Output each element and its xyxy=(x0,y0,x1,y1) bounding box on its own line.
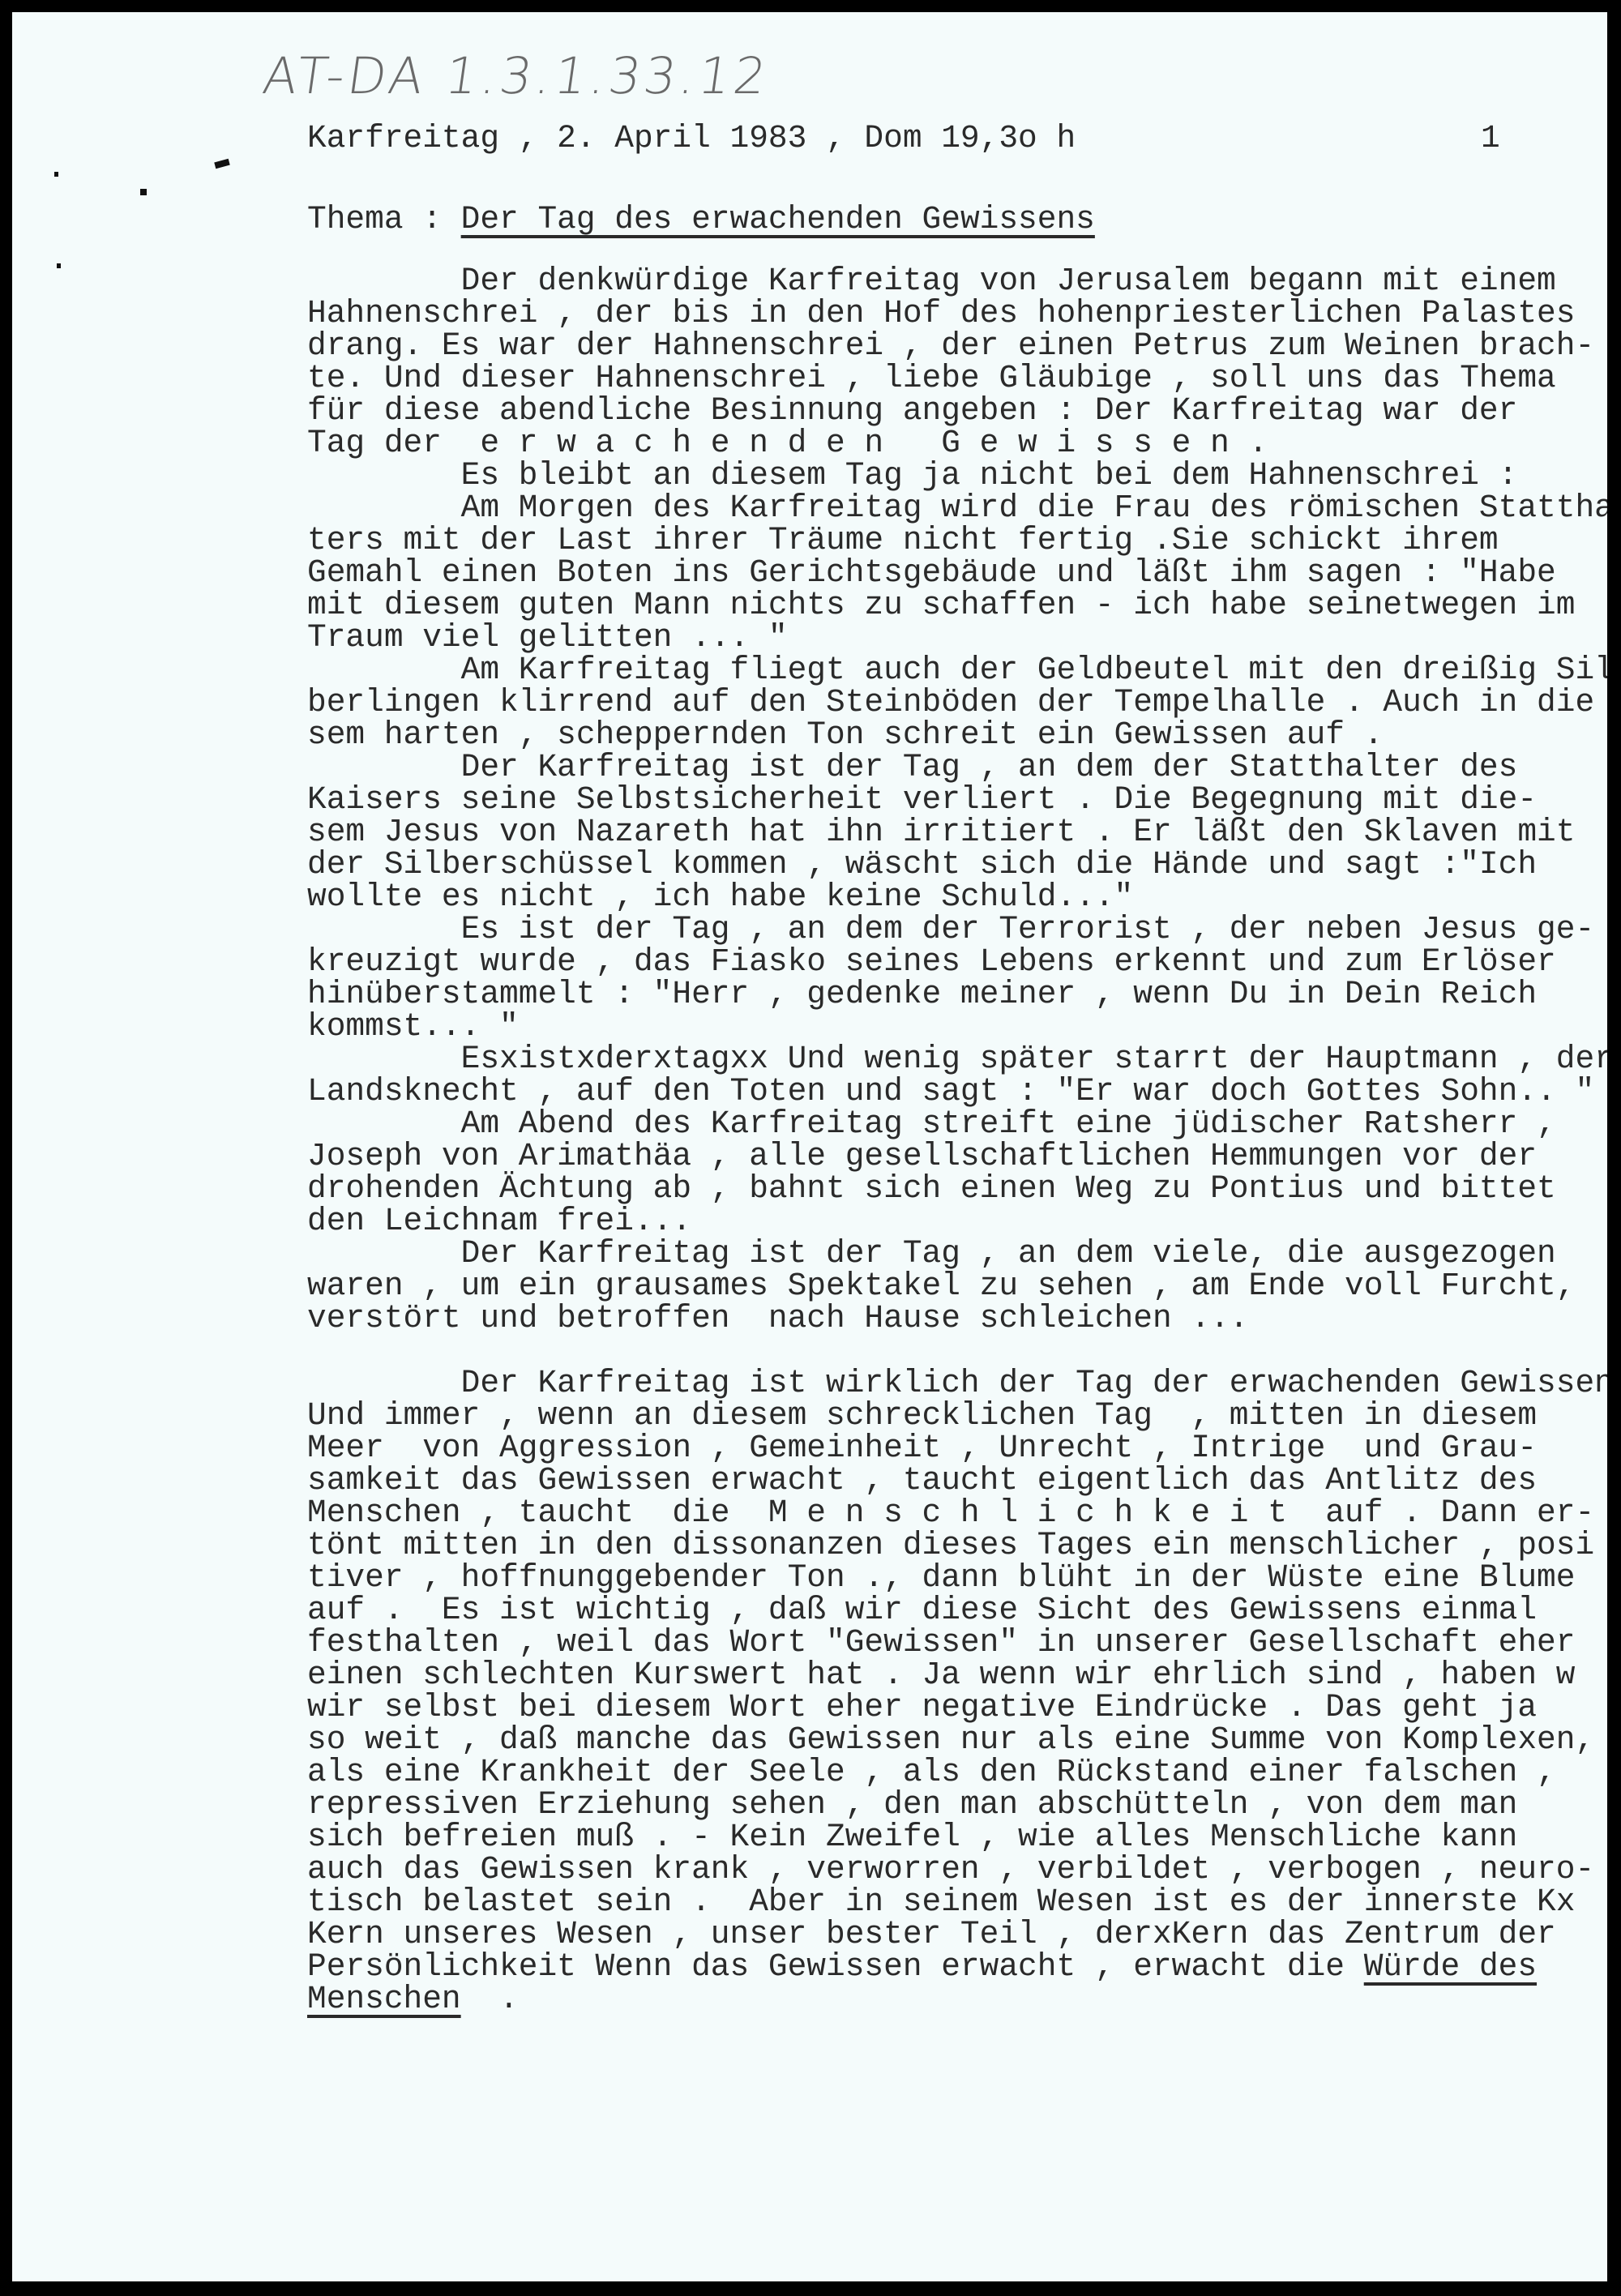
theme-title: Der Tag des erwachenden Gewissens xyxy=(461,201,1095,237)
text-line: Kern unseres Wesen , unser bester Teil ,… xyxy=(307,1918,1607,1951)
theme-label: Thema : xyxy=(307,201,461,237)
text-line: Kaisers seine Selbstsicherheit verliert … xyxy=(307,784,1607,816)
text-line: samkeit das Gewissen erwacht , taucht ei… xyxy=(307,1464,1607,1497)
text-line: Am Karfreitag fliegt auch der Geldbeutel… xyxy=(307,654,1607,686)
text-line: Am Abend des Karfreitag streift eine jüd… xyxy=(307,1108,1607,1140)
text-line: repressiven Erziehung sehen , den man ab… xyxy=(307,1789,1607,1821)
text-line: tisch belastet sein . Aber in seinem Wes… xyxy=(307,1886,1607,1918)
text-line-start: Persönlichkeit Wenn das Gewissen erwacht… xyxy=(307,1948,1364,1985)
text-line: kreuzigt wurde , das Fiasko seines Leben… xyxy=(307,946,1607,978)
text-line xyxy=(307,1335,1607,1367)
page-number: 1 xyxy=(1481,122,1500,155)
text-line: Es ist der Tag , an dem der Terrorist , … xyxy=(307,913,1607,946)
text-line: einen schlechten Kurswert hat . Ja wenn … xyxy=(307,1659,1607,1691)
text-line: wir selbst bei diesem Wort eher negative… xyxy=(307,1691,1607,1724)
text-line: Menschen , taucht die M e n s c h l i c … xyxy=(307,1497,1607,1529)
text-line: Tag der e r w a c h e n d e n G e w i s … xyxy=(307,427,1607,460)
text-line: hinüberstammelt : "Herr , gedenke meiner… xyxy=(307,978,1607,1011)
text-line: verstört und betroffen nach Hause schlei… xyxy=(307,1302,1607,1335)
text-line: Persönlichkeit Wenn das Gewissen erwacht… xyxy=(307,1951,1607,1983)
end-period: . xyxy=(461,1981,519,2017)
ink-speck xyxy=(57,263,61,268)
text-line: auch das Gewissen krank , verworren , ve… xyxy=(307,1853,1607,1886)
ink-speck xyxy=(140,189,147,195)
document-page: AT-DA 1.3.1.33.12 Karfreitag , 2. April … xyxy=(12,12,1607,2281)
text-line: waren , um ein grausames Spektakel zu se… xyxy=(307,1270,1607,1302)
text-line: sem harten , scheppernden Ton schreit ei… xyxy=(307,719,1607,751)
text-line: drohenden Ächtung ab , bahnt sich einen … xyxy=(307,1173,1607,1205)
text-line: Am Morgen des Karfreitag wird die Frau d… xyxy=(307,492,1607,524)
text-line: wollte es nicht , ich habe keine Schuld.… xyxy=(307,881,1607,913)
underlined-phrase: Würde des xyxy=(1364,1948,1537,1985)
text-line: berlingen klirrend auf den Steinböden de… xyxy=(307,686,1607,719)
text-line: tönt mitten in den dissonanzen dieses Ta… xyxy=(307,1529,1607,1562)
text-line: Esxistxderxtagxx Und wenig später starrt… xyxy=(307,1043,1607,1075)
text-line: sem Jesus von Nazareth hat ihn irritiert… xyxy=(307,816,1607,849)
text-line: sich befreien muß . - Kein Zweifel , wie… xyxy=(307,1821,1607,1853)
text-line: Der Karfreitag ist der Tag , an dem viel… xyxy=(307,1238,1607,1270)
text-line: ters mit der Last ihrer Träume nicht fer… xyxy=(307,524,1607,557)
text-line: auf . Es ist wichtig , daß wir diese Sic… xyxy=(307,1594,1607,1627)
text-line: der Silberschüssel kommen , wäscht sich … xyxy=(307,849,1607,881)
sermon-body: Der denkwürdige Karfreitag von Jerusalem… xyxy=(307,265,1607,2016)
text-line: Der Karfreitag ist der Tag , an dem der … xyxy=(307,751,1607,784)
sermon-header: Karfreitag , 2. April 1983 , Dom 19,3o h xyxy=(307,122,1076,155)
text-line: Der Karfreitag ist wirklich der Tag der … xyxy=(307,1367,1607,1400)
text-line: Traum viel gelitten ... " xyxy=(307,622,1607,654)
text-line: mit diesem guten Mann nichts zu schaffen… xyxy=(307,589,1607,622)
underlined-phrase: Menschen xyxy=(307,1981,461,2017)
closing-line: Menschen . xyxy=(307,1983,1607,2016)
text-line: Hahnenschrei , der bis in den Hof des ho… xyxy=(307,297,1607,330)
handwritten-archive-number: AT-DA 1.3.1.33.12 xyxy=(259,46,773,105)
text-line: te. Und dieser Hahnenschrei , liebe Gläu… xyxy=(307,362,1607,395)
text-line: Es bleibt an diesem Tag ja nicht bei dem… xyxy=(307,460,1607,492)
text-line: drang. Es war der Hahnenschrei , der ein… xyxy=(307,330,1607,362)
text-line: Gemahl einen Boten ins Gerichtsgebäude u… xyxy=(307,557,1607,589)
text-line: für diese abendliche Besinnung angeben :… xyxy=(307,395,1607,427)
ink-speck xyxy=(214,159,229,169)
text-line: Meer von Aggression , Gemeinheit , Unrec… xyxy=(307,1432,1607,1464)
text-line: kommst... " xyxy=(307,1011,1607,1043)
ink-speck xyxy=(54,172,58,177)
text-line: so weit , daß manche das Gewissen nur al… xyxy=(307,1724,1607,1756)
text-line: Joseph von Arimathäa , alle gesellschaft… xyxy=(307,1140,1607,1173)
text-line: den Leichnam frei... xyxy=(307,1205,1607,1238)
text-line: festhalten , weil das Wort "Gewissen" in… xyxy=(307,1627,1607,1659)
text-line: Und immer , wenn an diesem schrecklichen… xyxy=(307,1400,1607,1432)
text-line: als eine Krankheit der Seele , als den R… xyxy=(307,1756,1607,1789)
text-line: Landsknecht , auf den Toten und sagt : "… xyxy=(307,1075,1607,1108)
text-line: tiver , hoffnunggebender Ton ., dann blü… xyxy=(307,1562,1607,1594)
text-line: Der denkwürdige Karfreitag von Jerusalem… xyxy=(307,265,1607,297)
sermon-theme: Thema : Der Tag des erwachenden Gewissen… xyxy=(307,203,1095,236)
